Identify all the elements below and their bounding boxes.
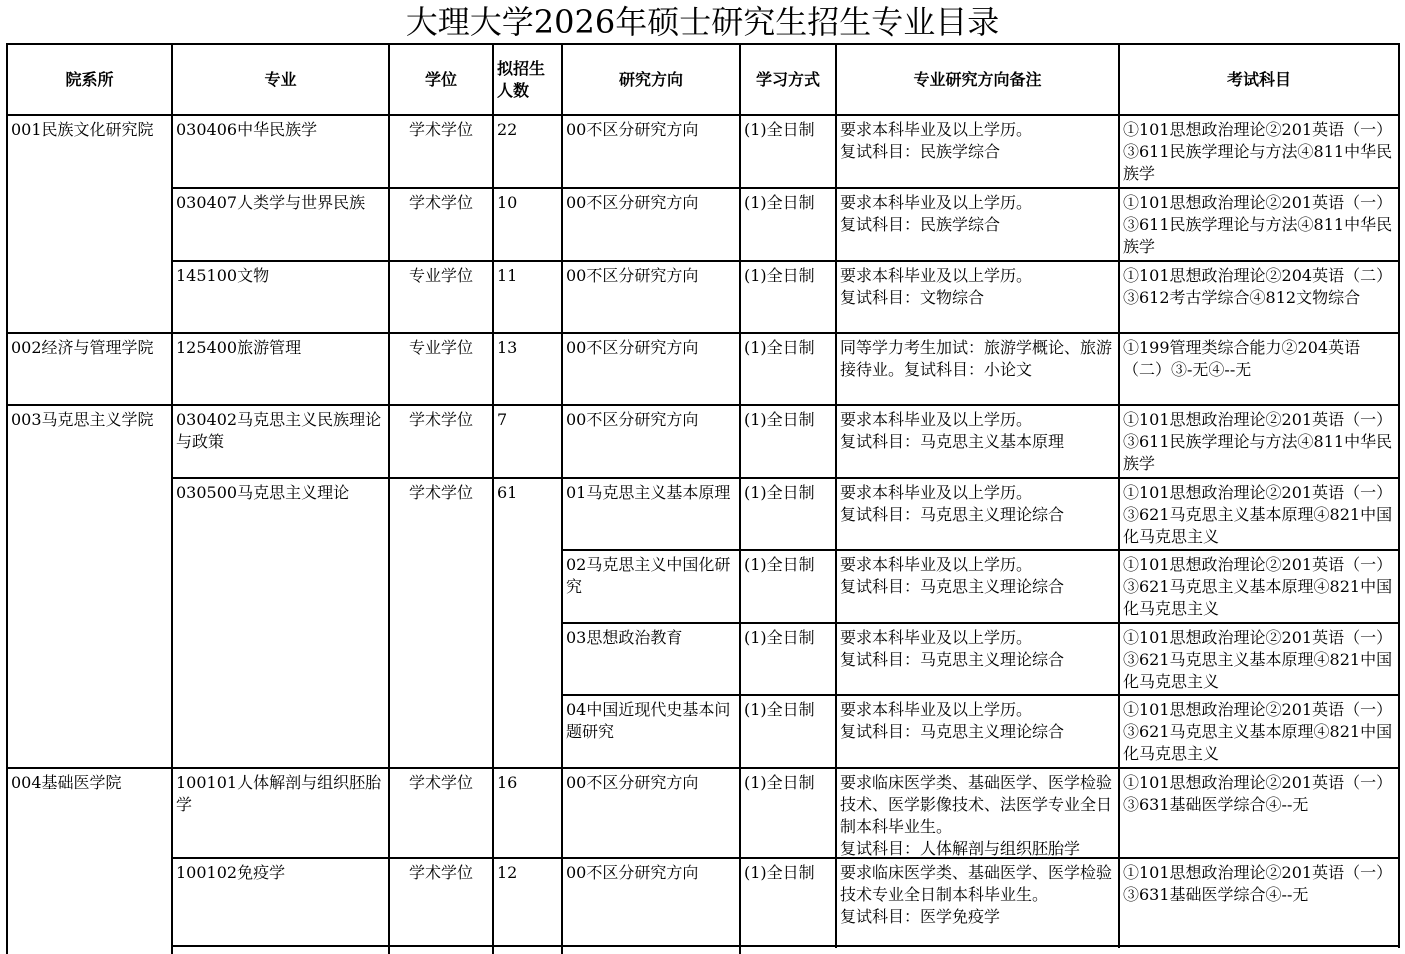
notes-cell: 要求临床医学类、基础医学、医学检验技术专业全日制本科毕业生。 复试科目：医学免疫… <box>836 858 1119 946</box>
quota-cell: 13 <box>493 333 562 405</box>
dept-cell: 004基础医学院 <box>7 768 172 954</box>
direction-cell: 01马克思主义基本原理 <box>562 478 740 550</box>
row-divider <box>561 622 1400 624</box>
mode-cell: (1)全日制 <box>740 115 836 188</box>
enrollment-table: 院系所 专业 学位 拟招生 人数 研究方向 学习方式 专业研究方向备注 考试科目… <box>0 0 1405 954</box>
degree-cell: 学术学位 <box>389 478 493 768</box>
notes-cell: 要求本科毕业及以上学历。 复试科目：民族学综合 <box>836 188 1119 261</box>
header-divider <box>6 114 1400 116</box>
notes-cell: 要求本科毕业及以上学历。 复试科目：马克思主义基本原理 <box>836 405 1119 478</box>
major-cell: 100102免疫学 <box>172 858 389 946</box>
row-divider <box>171 945 1400 947</box>
notes-cell: 要求本科毕业及以上学历。 复试科目：马克思主义理论综合 <box>836 623 1119 695</box>
exams-cell: ①101思想政治理论②201英语（一）③621马克思主义基本原理④821中国化马… <box>1119 550 1399 623</box>
column-divider <box>739 43 741 954</box>
direction-cell: 00不区分研究方向 <box>562 768 740 858</box>
column-divider <box>561 43 563 954</box>
notes-cell: 要求本科毕业及以上学历。 复试科目：马克思主义理论综合 <box>836 550 1119 623</box>
column-divider <box>171 43 173 954</box>
exams-cell: ①101思想政治理论②201英语（一）③621马克思主义基本原理④821中国化马… <box>1119 478 1399 550</box>
quota-cell: 10 <box>493 188 562 261</box>
row-divider <box>6 767 1400 769</box>
column-divider <box>1118 43 1120 948</box>
mode-cell: (1)全日制 <box>740 261 836 333</box>
quota-cell: 16 <box>493 768 562 858</box>
notes-cell: 同等学力考生加试：旅游学概论、旅游接待业。复试科目：小论文 <box>836 333 1119 405</box>
direction-cell: 00不区分研究方向 <box>562 858 740 946</box>
mode-cell: (1)全日制 <box>740 405 836 478</box>
major-cell: 125400旅游管理 <box>172 333 389 405</box>
degree-cell: 学术学位 <box>389 768 493 858</box>
exams-cell: ①101思想政治理论②204英语（二）③612考古学综合④812文物综合 <box>1119 261 1399 333</box>
column-header-major: 专业 <box>172 44 389 115</box>
row-divider <box>171 187 1400 189</box>
dept-cell: 003马克思主义学院 <box>7 405 172 768</box>
exams-cell: ①101思想政治理论②201英语（一）③621马克思主义基本原理④821中国化马… <box>1119 695 1399 768</box>
quota-cell: 7 <box>493 405 562 478</box>
mode-cell: (1)全日制 <box>740 550 836 623</box>
degree-cell: 学术学位 <box>389 115 493 188</box>
row-divider <box>561 549 1400 551</box>
exams-cell: ①101思想政治理论②201英语（一）③631基础医学综合④--无 <box>1119 858 1399 946</box>
major-cell: 030402马克思主义民族理论与政策 <box>172 405 389 478</box>
quota-cell: 61 <box>493 478 562 768</box>
major-cell: 145100文物 <box>172 261 389 333</box>
exams-cell: ①101思想政治理论②201英语（一）③611民族学理论与方法④811中华民族学 <box>1119 115 1399 188</box>
table-border-top <box>6 43 1400 45</box>
column-divider <box>835 43 837 948</box>
column-header-direction: 研究方向 <box>562 44 740 115</box>
mode-cell: (1)全日制 <box>740 858 836 946</box>
column-header-notes: 专业研究方向备注 <box>836 44 1119 115</box>
direction-cell: 03思想政治教育 <box>562 623 740 695</box>
direction-cell: 00不区分研究方向 <box>562 405 740 478</box>
exams-cell: ①199管理类综合能力②204英语（二）③-无④--无 <box>1119 333 1399 405</box>
notes-cell: 要求本科毕业及以上学历。 复试科目：马克思主义理论综合 <box>836 695 1119 768</box>
notes-cell: 要求本科毕业及以上学历。 复试科目：民族学综合 <box>836 115 1119 188</box>
table-border-left <box>6 43 8 954</box>
column-header-exams: 考试科目 <box>1119 44 1399 115</box>
degree-cell: 专业学位 <box>389 261 493 333</box>
direction-cell: 00不区分研究方向 <box>562 333 740 405</box>
dept-cell: 001民族文化研究院 <box>7 115 172 333</box>
mode-cell: (1)全日制 <box>740 333 836 405</box>
degree-cell: 学术学位 <box>389 858 493 946</box>
row-divider <box>171 477 1400 479</box>
direction-cell: 00不区分研究方向 <box>562 115 740 188</box>
major-cell: 030406中华民族学 <box>172 115 389 188</box>
degree-cell: 学术学位 <box>389 405 493 478</box>
column-divider <box>388 43 390 954</box>
quota-cell: 11 <box>493 261 562 333</box>
exams-cell: ①101思想政治理论②201英语（一）③611民族学理论与方法④811中华民族学 <box>1119 188 1399 261</box>
row-divider <box>6 404 1400 406</box>
dept-cell: 002经济与管理学院 <box>7 333 172 405</box>
mode-cell: (1)全日制 <box>740 478 836 550</box>
direction-cell: 04中国近现代史基本问题研究 <box>562 695 740 768</box>
exams-cell: ①101思想政治理论②201英语（一）③631基础医学综合④--无 <box>1119 768 1399 858</box>
direction-cell: 02马克思主义中国化研究 <box>562 550 740 623</box>
row-divider <box>171 857 1400 859</box>
column-header-dept: 院系所 <box>7 44 172 115</box>
quota-cell: 22 <box>493 115 562 188</box>
mode-cell: (1)全日制 <box>740 188 836 261</box>
major-cell: 100101人体解剖与组织胚胎学 <box>172 768 389 858</box>
column-header-degree: 学位 <box>389 44 493 115</box>
major-cell: 030500马克思主义理论 <box>172 478 389 768</box>
exams-cell: ①101思想政治理论②201英语（一）③621马克思主义基本原理④821中国化马… <box>1119 623 1399 695</box>
direction-cell: 00不区分研究方向 <box>562 261 740 333</box>
quota-cell: 12 <box>493 858 562 946</box>
column-header-quota: 拟招生 人数 <box>493 44 562 115</box>
column-header-mode: 学习方式 <box>740 44 836 115</box>
mode-cell: (1)全日制 <box>740 768 836 858</box>
row-divider <box>171 260 1400 262</box>
notes-cell: 要求临床医学类、基础医学、医学检验技术、医学影像技术、法医学专业全日制本科毕业生… <box>836 768 1119 858</box>
row-divider <box>6 332 1400 334</box>
notes-cell: 要求本科毕业及以上学历。 复试科目：文物综合 <box>836 261 1119 333</box>
row-divider <box>561 694 1400 696</box>
degree-cell: 专业学位 <box>389 333 493 405</box>
direction-cell: 00不区分研究方向 <box>562 188 740 261</box>
mode-cell: (1)全日制 <box>740 623 836 695</box>
exams-cell: ①101思想政治理论②201英语（一）③611民族学理论与方法④811中华民族学 <box>1119 405 1399 478</box>
table-border-right <box>1398 43 1400 948</box>
notes-cell: 要求本科毕业及以上学历。 复试科目：马克思主义理论综合 <box>836 478 1119 550</box>
column-divider <box>492 43 494 954</box>
major-cell: 030407人类学与世界民族 <box>172 188 389 261</box>
degree-cell: 学术学位 <box>389 188 493 261</box>
mode-cell: (1)全日制 <box>740 695 836 768</box>
